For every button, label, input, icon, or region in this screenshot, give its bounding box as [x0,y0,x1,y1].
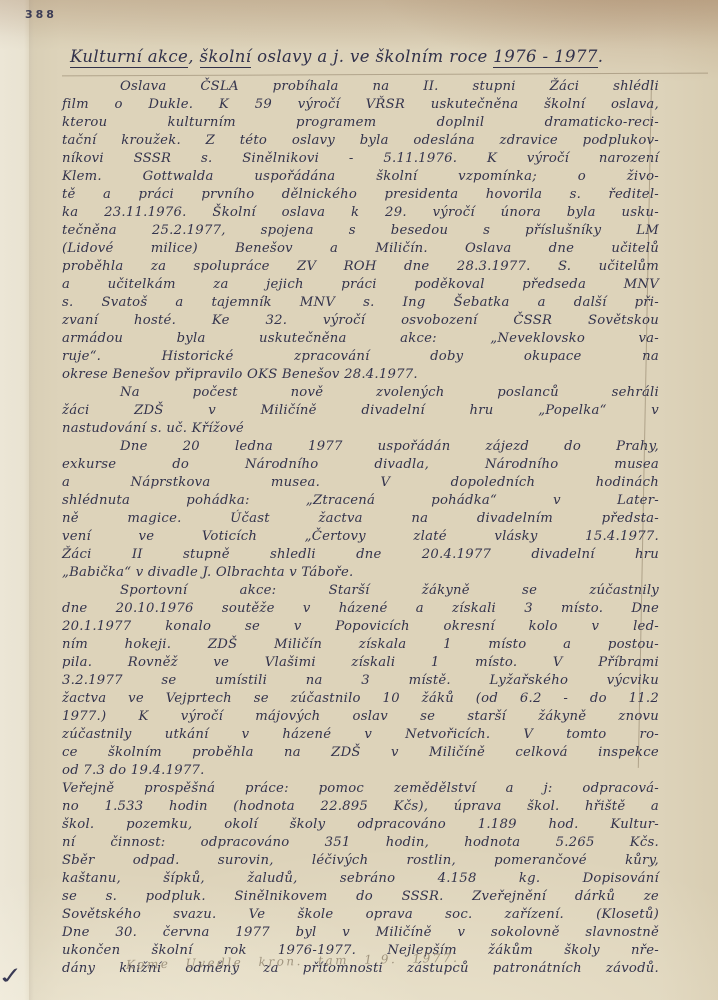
title-segment: 1976 - 1977 [493,47,597,68]
manuscript-line: tečněna 25.2.1977, spojena s besedou s p… [62,222,659,240]
manuscript-line: nastudování s. uč. Křížové [62,420,659,438]
manuscript-line: škol. pozemku, okolí školy odpracováno 1… [62,816,659,834]
manuscript-line: pila. Rovněž ve Vlašimi získali 1 místo.… [62,654,659,672]
manuscript-body: Oslava ČSLA probíhala na II. stupni Žáci… [62,78,659,978]
manuscript-line: dne 20.10.1976 soutěže v házené a získal… [62,600,659,618]
manuscript-line: 20.1.1977 konalo se v Popovicích okresní… [62,618,659,636]
manuscript-line: armádou byla uskutečněna akce: „Neveklov… [62,330,659,348]
manuscript-line: Oslava ČSLA probíhala na II. stupni Žáci… [62,78,659,96]
manuscript-line: od 7.3 do 19.4.1977. [62,762,659,780]
manuscript-line: (Lidové milice) Benešov a Miličín. Oslav… [62,240,659,258]
manuscript-line: ním hokeji. ZDŠ Miličín získala 1 místo … [62,636,659,654]
manuscript-line: no 1.533 hodin (hodnota 22.895 Kčs), úpr… [62,798,659,816]
manuscript-line: „Babička“ v divadle J. Olbrachta v Táboř… [62,564,659,582]
manuscript-line: kaštanu, šípků, žaludů, sebráno 4.158 kg… [62,870,659,888]
manuscript-line: ka 23.11.1976. Školní oslava k 29. výroč… [62,204,659,222]
title-segment: Kulturní akce [70,47,188,68]
page-number: 388 [25,8,57,21]
manuscript-line: ní činnost: odpracováno 351 hodin, hodno… [62,834,659,852]
manuscript-line: tě a práci prvního dělnického presidenta… [62,186,659,204]
manuscript-line: a Náprstkova musea. V dopoledních hodiná… [62,474,659,492]
manuscript-line: kterou kulturním programem doplnil drama… [62,114,659,132]
title-segment: . [598,47,604,66]
manuscript-line: shlédnuta pohádka: „Ztracená pohádka“ v … [62,492,659,510]
manuscript-line: Dne 20 ledna 1977 uspořádán zájezd do Pr… [62,438,659,456]
manuscript-line: Sportovní akce: Starší žákyně se zúčastn… [62,582,659,600]
manuscript-line: se s. podpluk. Sinělnikovem do SSSR. Zve… [62,888,659,906]
ink-tick-mark: ✓ [0,961,26,990]
manuscript-line: níkovi SSSR s. Sinělnikovi - 5.11.1976. … [62,150,659,168]
manuscript-line: s. Svatoš a tajemník MNV s. Ing Šebatka … [62,294,659,312]
chronicle-title: Kulturní akce, školní oslavy a j. ve ško… [70,47,710,66]
manuscript-line: a učitelkám za jejich práci poděkoval př… [62,276,659,294]
manuscript-line: Klem. Gottwalda uspořádána školní vzpomí… [62,168,659,186]
manuscript-line: Sběr odpad. surovin, léčivých rostlin, p… [62,852,659,870]
title-rule-line [62,73,708,77]
manuscript-line: okrese Benešov připravilo OKS Benešov 28… [62,366,659,384]
manuscript-line: vení ve Voticích „Čertovy zlaté vlásky 1… [62,528,659,546]
title-segment: školní [200,47,252,68]
manuscript-line: Sovětského svazu. Ve škole oprava soc. z… [62,906,659,924]
manuscript-line: ně magice. Účast žactva na divadelním př… [62,510,659,528]
manuscript-line: ruje“. Historické zpracování doby okupac… [62,348,659,366]
title-segment: oslavy a j. ve školním roce [251,47,493,66]
manuscript-line: Na počest nově zvolených poslanců sehrál… [62,384,659,402]
manuscript-line: 3.2.1977 se umístili na 3 místě. Lyžařsk… [62,672,659,690]
binding-edge [29,0,34,1000]
manuscript-line: Veřejně prospěšná práce: pomoc zemědělst… [62,780,659,798]
manuscript-line: zvaní hosté. Ke 32. výročí osvobození ČS… [62,312,659,330]
manuscript-line: ce školním proběhla na ZDŠ v Miličíně ce… [62,744,659,762]
manuscript-line: Dne 30. června 1977 byl v Miličíně v sok… [62,924,659,942]
manuscript-line: 1977.) K výročí májových oslav se starší… [62,708,659,726]
manuscript-line: žactva ve Vejprtech se zúčastnilo 10 žák… [62,690,659,708]
manuscript-line: zúčastnily utkání v házené v Netvořicích… [62,726,659,744]
chronicle-page: 388 Kulturní akce, školní oslavy a j. ve… [0,0,718,1000]
manuscript-line: proběhla za spolupráce ZV ROH dne 28.3.1… [62,258,659,276]
manuscript-line: film o Dukle. K 59 výročí VŘSR uskutečně… [62,96,659,114]
manuscript-line: Žáci II stupně shledli dne 20.4.1977 div… [62,546,659,564]
manuscript-line: exkurse do Národního divadla, Národního … [62,456,659,474]
manuscript-line: žáci ZDŠ v Miličíně divadelní hru „Popel… [62,402,659,420]
title-segment: , [188,47,199,66]
manuscript-line: tační kroužek. Z této oslavy byla odeslá… [62,132,659,150]
